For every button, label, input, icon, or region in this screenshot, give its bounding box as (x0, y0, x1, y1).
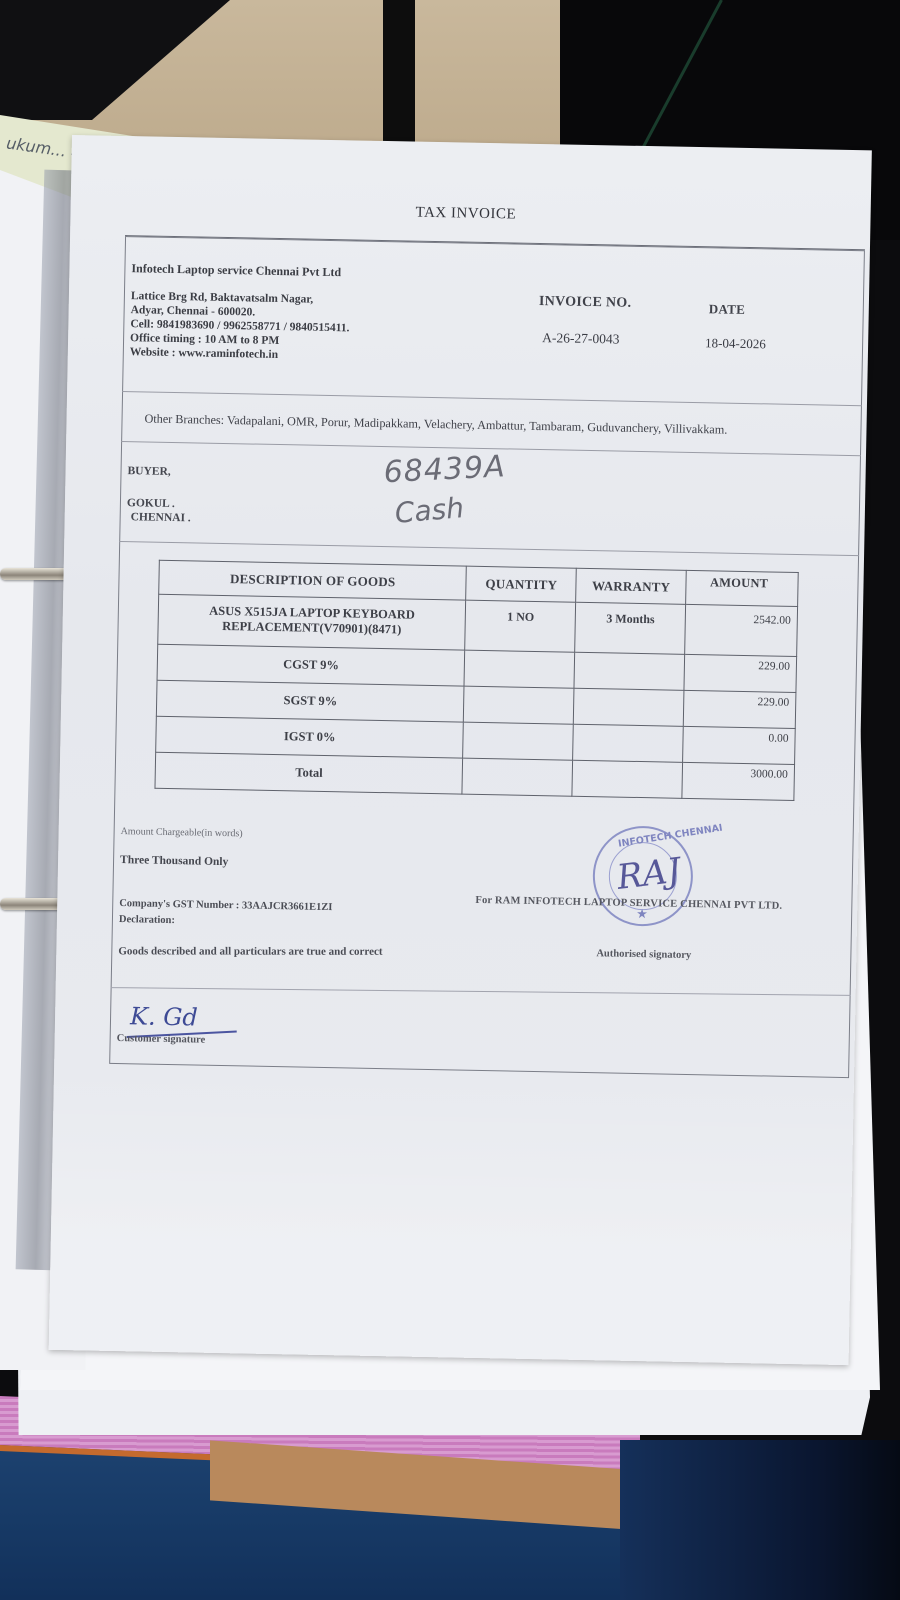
item-description: ASUS X515JA LAPTOP KEYBOARD REPLACEMENT(… (158, 594, 466, 650)
customer-signature: K. Gd (130, 1002, 198, 1031)
header-warranty: WARRANTY (576, 568, 687, 604)
empty-cell (572, 760, 683, 798)
buyer-label: BUYER, (127, 464, 191, 479)
item-quantity: 1 NO (465, 600, 576, 652)
empty-cell (573, 724, 684, 762)
declaration-text: Goods described and all particulars are … (118, 945, 382, 957)
tax-label-cgst: CGST 9% (157, 644, 465, 686)
empty-cell (462, 758, 573, 796)
empty-cell (574, 652, 685, 690)
item-amount: 2542.00 (685, 604, 798, 656)
tax-amount-igst: 0.00 (683, 726, 796, 764)
background-chair-leg (383, 0, 415, 150)
header-quantity: QUANTITY (466, 566, 576, 602)
amount-in-words-label: Amount Chargeable(in words) (121, 826, 243, 839)
empty-cell (464, 686, 575, 724)
customer-signature-label: Customer signature (117, 1033, 206, 1046)
goods-table: DESCRIPTION OF GOODS QUANTITY WARRANTY A… (154, 560, 798, 801)
total-amount: 3000.00 (682, 762, 795, 800)
paper-shading (49, 1065, 854, 1365)
invoice-sheet: TAX INVOICE Infotech Laptop service Chen… (49, 135, 872, 1365)
header-amount: AMOUNT (686, 570, 798, 606)
date-label: DATE (709, 301, 746, 318)
tax-amount-sgst: 229.00 (683, 690, 796, 728)
amount-in-words: Three Thousand Only (120, 854, 228, 868)
handwritten-code: 68439A (383, 449, 507, 490)
authorised-signature: RAJ (615, 851, 683, 898)
tax-amount-cgst: 229.00 (684, 654, 797, 692)
buyer-details: BUYER, GOKUL . CHENNAI . (127, 464, 192, 525)
empty-cell (464, 650, 575, 688)
empty-cell (574, 688, 685, 726)
item-warranty: 3 Months (575, 602, 686, 654)
invoice-number: A-26-27-0043 (542, 330, 620, 347)
background-fabric-shadow (620, 1440, 900, 1600)
tax-label-sgst: SGST 9% (156, 680, 464, 722)
company-details: Infotech Laptop service Chennai Pvt Ltd … (130, 261, 392, 364)
buyer-name: GOKUL . (127, 496, 191, 511)
invoice-date: 18-04-2026 (705, 335, 766, 352)
tax-label-igst: IGST 0% (156, 716, 464, 758)
document-title: TAX INVOICE (415, 205, 516, 224)
authorised-signatory-label: Authorised signatory (596, 948, 691, 961)
declaration-label: Declaration: (119, 914, 175, 926)
total-label: Total (155, 752, 463, 794)
buyer-city: CHENNAI . (127, 510, 191, 525)
empty-cell (463, 722, 574, 760)
invoice-number-label: INVOICE NO. (539, 294, 632, 312)
handwritten-payment-note: Cash (394, 491, 466, 530)
